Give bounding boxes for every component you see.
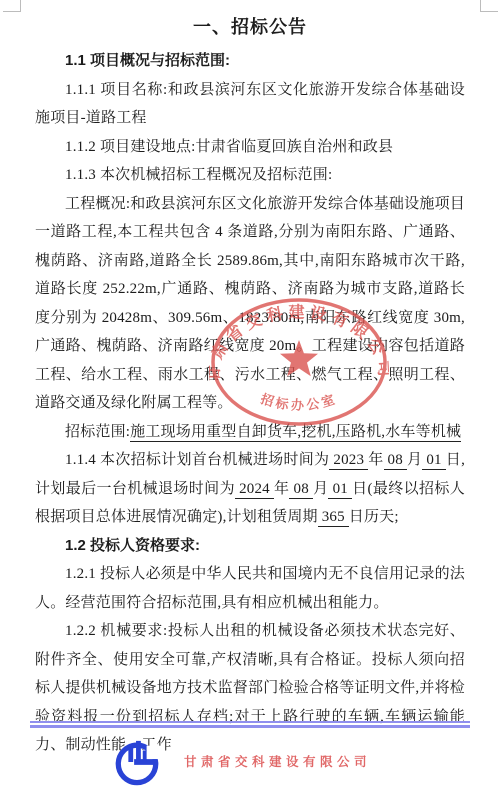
para-bid-scope: 招标范围:施工现场用重型自卸货车,挖机,压路机,水车等机械 [35,418,465,447]
text-segment: 1.1.3 本次机械招标工程概况及招标范围: [65,167,332,183]
text-segment: 月 [313,481,328,497]
page-corner-mark-left [3,0,21,12]
underlined-fill-in-text: 2023 [329,452,368,470]
doc-title: 一、招标公告 [35,12,465,42]
footer-divider [30,721,470,730]
text-segment: 工程概况:和政县滨河东区文化旅游开发综合体基础设施项目一道路工程,本工程共包含 … [35,196,465,412]
company-logo-icon [112,738,162,786]
underlined-fill-in-text: 08 [289,481,313,499]
para-1-1-4: 1.1.4 本次招标计划首台机械进场时间为 2023 年 08 月 01 日,计… [35,446,465,532]
para-1-1-1: 1.1.1 项目名称:和政县滨河东区文化旅游开发综合体基础设施项目-道路工程 [35,76,465,133]
text-segment: 招标范围: [65,424,130,440]
text-segment: 一、招标公告 [193,17,307,37]
underlined-fill-in-text: 365 [318,509,349,527]
section-1-1-heading: 1.1 项目概况与招标范围: [35,47,465,76]
text-segment: 1.1.2 项目建设地点:甘肃省临夏回族自治州和政县 [65,139,393,155]
underlined-fill-in-text: 01 [422,452,445,470]
underlined-fill-in-text: 2024 [235,481,274,499]
para-1-2-2: 1.2.2 机械要求:投标人出租的机械设备必须技术状态完好、附件齐全、使用安全可… [35,617,465,760]
para-project-overview: 工程概况:和政县滨河东区文化旅游开发综合体基础设施项目一道路工程,本工程共包含 … [35,190,465,418]
text-segment: 年 [274,481,289,497]
para-1-1-2: 1.1.2 项目建设地点:甘肃省临夏回族自治州和政县 [35,133,465,162]
underlined-fill-in-text: 01 [328,481,352,499]
underlined-fill-in-text: 施工现场用重型自卸货车,挖机,压路机,水车等机械 [130,424,461,442]
para-1-2-1: 1.2.1 投标人必须是中华人民共和国境内无不良信用记录的法人。经营范围符合招标… [35,560,465,617]
text-segment: 1.2 投标人资格要求: [65,537,200,554]
tender-announcement-page: 一、招标公告1.1 项目概况与招标范围:1.1.1 项目名称:和政县滨河东区文化… [0,0,500,789]
text-segment: 1.2.2 机械要求:投标人出租的机械设备必须技术状态完好、附件齐全、使用安全可… [35,623,465,753]
footer-company-name: 甘肃省交科建设有限公司 [184,752,371,770]
text-segment: 日历天; [349,509,399,525]
text-segment: 1.1 项目概况与招标范围: [65,52,230,69]
underlined-fill-in-text: 08 [384,452,407,470]
text-segment: 年 [368,452,383,468]
section-1-2-heading: 1.2 投标人资格要求: [35,532,465,561]
document-body: 一、招标公告1.1 项目概况与招标范围:1.1.1 项目名称:和政县滨河东区文化… [35,12,465,760]
text-segment: 1.1.4 本次招标计划首台机械进场时间为 [65,452,329,468]
text-segment: 月 [407,452,422,468]
text-segment: 1.2.1 投标人必须是中华人民共和国境内无不良信用记录的法人。经营范围符合招标… [35,566,465,611]
text-segment: 1.1.1 项目名称:和政县滨河东区文化旅游开发综合体基础设施项目-道路工程 [35,82,465,127]
para-1-1-3: 1.1.3 本次机械招标工程概况及招标范围: [35,161,465,190]
page-corner-mark-right [480,0,498,12]
